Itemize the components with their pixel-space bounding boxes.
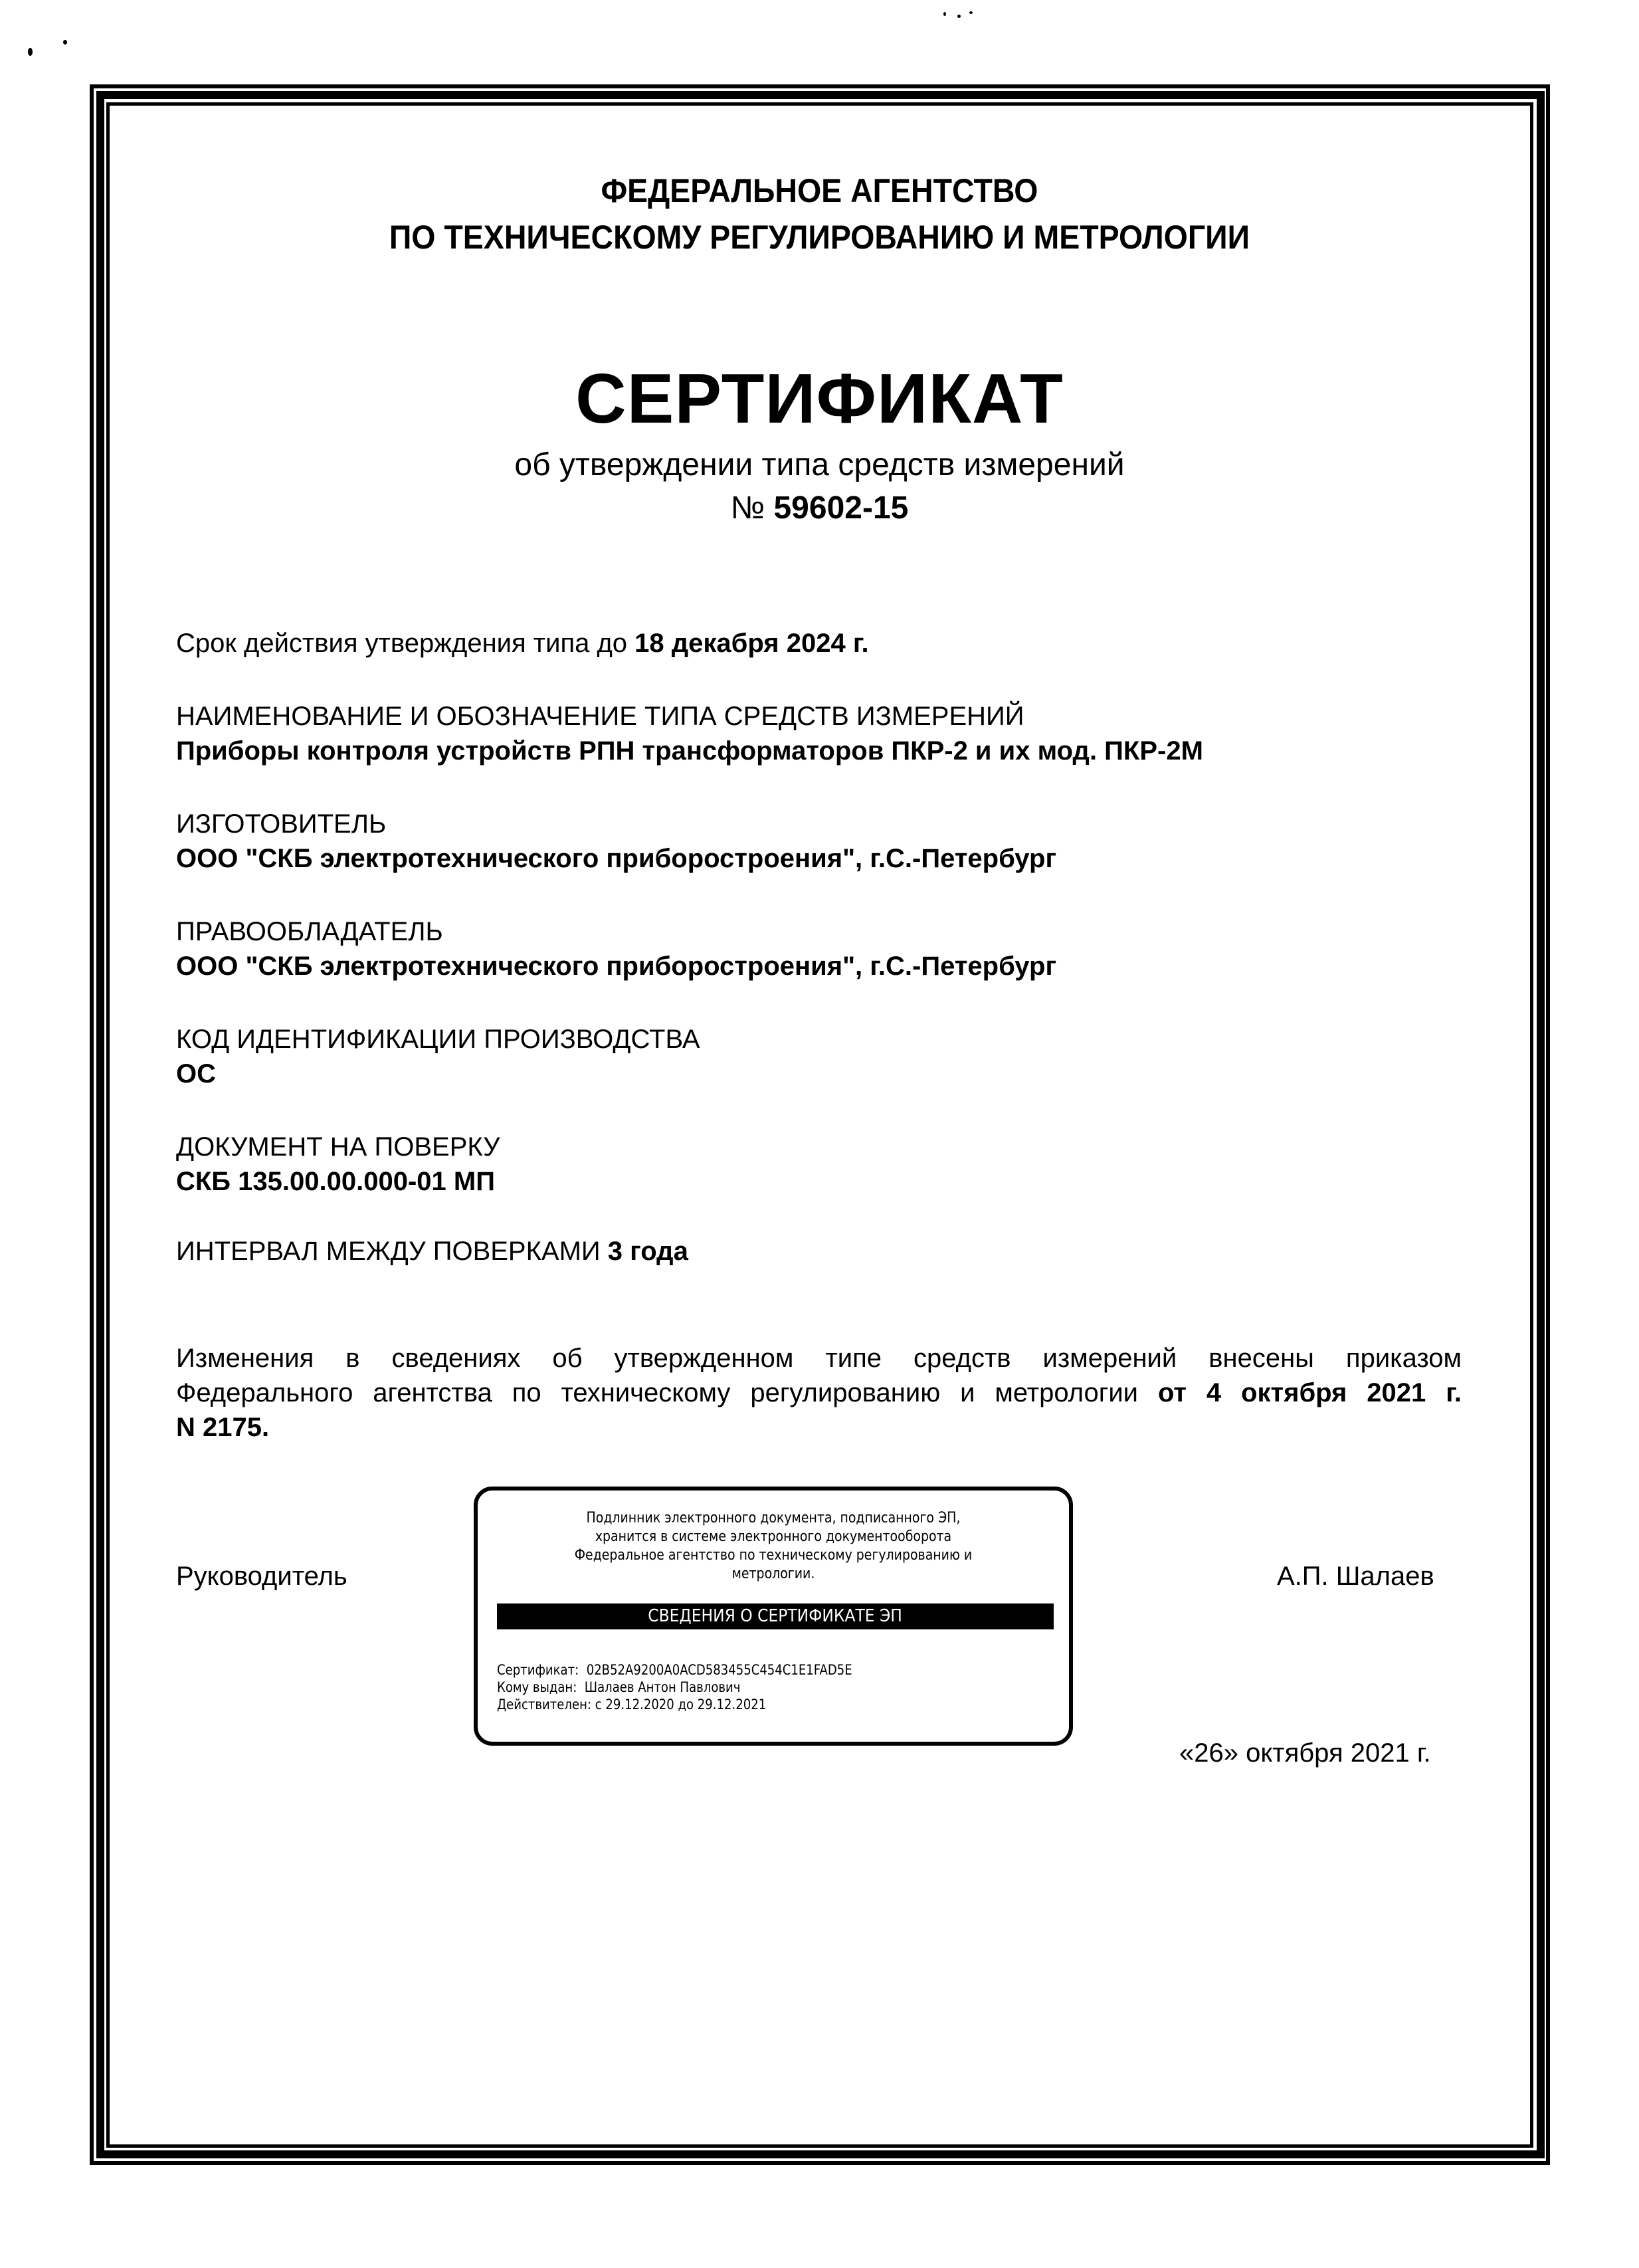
scan-speck [63, 40, 67, 45]
stamp-notice-line: Подлинник электронного документа, подпис… [519, 1509, 1027, 1528]
stamp-certificate-value: 02B52A9200A0ACD583455C454C1E1FAD5E [587, 1662, 852, 1678]
stamp-valid-label: Действителен: [497, 1697, 591, 1712]
stamp-issued-to-label: Кому выдан: [497, 1679, 577, 1695]
interval-line: ИНТЕРВАЛ МЕЖДУ ПОВЕРКАМИ 3 года [176, 1234, 688, 1269]
certificate-title: СЕРТИФИКАТ [0, 356, 1639, 442]
order-line-2: Федерального агентства по техническому р… [176, 1376, 1462, 1410]
certificate-number-value: 59602-15 [773, 490, 908, 526]
validity-line: Срок действия утверждения типа до 18 дек… [176, 626, 869, 661]
certificate-number: № 59602-15 [0, 488, 1639, 528]
field-value-manufacturer: ООО "СКБ электротехнического приборостро… [176, 841, 1056, 876]
field-value-type-name: Приборы контроля устройств РПН трансформ… [176, 734, 1203, 768]
certificate-subtitle: об утверждении типа средств измерений [0, 445, 1639, 485]
agency-name-line-2: ПО ТЕХНИЧЕСКОМУ РЕГУЛИРОВАНИЮ И МЕТРОЛОГ… [57, 214, 1581, 260]
field-label-rights-holder: ПРАВООБЛАДАТЕЛЬ [176, 914, 443, 949]
field-value-production-code: ОС [176, 1057, 216, 1091]
validity-value: 18 декабря 2024 г. [634, 629, 868, 658]
order-number: N 2175. [176, 1410, 1462, 1445]
certificate-number-prefix: № [731, 490, 765, 526]
field-label-type-name: НАИМЕНОВАНИЕ И ОБОЗНАЧЕНИЕ ТИПА СРЕДСТВ … [176, 699, 1024, 734]
field-value-rights-holder: ООО "СКБ электротехнического приборостро… [176, 949, 1056, 983]
stamp-certificate-row: Сертификат: 02B52A9200A0ACD583455C454C1E… [497, 1661, 852, 1679]
field-label-verification-doc: ДОКУМЕНТ НА ПОВЕРКУ [176, 1130, 500, 1164]
order-line-1: Изменения в сведениях об утвержденном ти… [176, 1341, 1462, 1376]
stamp-certificate-label: Сертификат: [497, 1662, 579, 1678]
stamp-details: Сертификат: 02B52A9200A0ACD583455C454C1E… [497, 1661, 852, 1713]
stamp-header-bar: СВЕДЕНИЯ О СЕРТИФИКАТЕ ЭП [497, 1603, 1054, 1629]
stamp-notice-line: Федеральное агентство по техническому ре… [519, 1546, 1027, 1565]
stamp-header: СВЕДЕНИЯ О СЕРТИФИКАТЕ ЭП [648, 1603, 903, 1629]
issue-date: «26» октября 2021 г. [1179, 1736, 1431, 1770]
stamp-notice-line: хранится в системе электронного документ… [519, 1528, 1027, 1546]
interval-value: 3 года [608, 1237, 688, 1266]
stamp-issued-to-row: Кому выдан: Шалаев Антон Павлович [497, 1679, 852, 1696]
field-value-verification-doc: СКБ 135.00.00.000-01 МП [176, 1164, 495, 1199]
interval-label: ИНТЕРВАЛ МЕЖДУ ПОВЕРКАМИ [176, 1237, 601, 1266]
stamp-valid-row: Действителен: с 29.12.2020 до 29.12.2021 [497, 1696, 852, 1713]
stamp-notice-line: метрологии. [519, 1565, 1027, 1584]
signatory-role: Руководитель [176, 1559, 347, 1594]
stamp-issued-to-value: Шалаев Антон Павлович [585, 1679, 741, 1695]
signatory-name: А.П. Шалаев [1277, 1559, 1434, 1594]
order-paragraph: Изменения в сведениях об утвержденном ти… [176, 1341, 1462, 1445]
order-date: от 4 октября 2021 г. [1158, 1378, 1462, 1407]
field-label-manufacturer: ИЗГОТОВИТЕЛЬ [176, 807, 386, 841]
field-label-production-code: КОД ИДЕНТИФИКАЦИИ ПРОИЗВОДСТВА [176, 1022, 700, 1057]
scan-speck [957, 15, 961, 18]
scan-speck [969, 11, 973, 14]
stamp-valid-value: с 29.12.2020 до 29.12.2021 [595, 1697, 767, 1712]
agency-name-line-1: ФЕДЕРАЛЬНОЕ АГЕНТСТВО [57, 167, 1581, 214]
validity-label: Срок действия утверждения типа до [176, 629, 627, 658]
e-signature-stamp: Подлинник электронного документа, подпис… [474, 1487, 1073, 1746]
scan-speck [28, 48, 33, 56]
stamp-notice: Подлинник электронного документа, подпис… [519, 1509, 1027, 1584]
scan-speck [943, 12, 946, 16]
order-line-2-text: Федерального агентства по техническому р… [176, 1378, 1138, 1407]
